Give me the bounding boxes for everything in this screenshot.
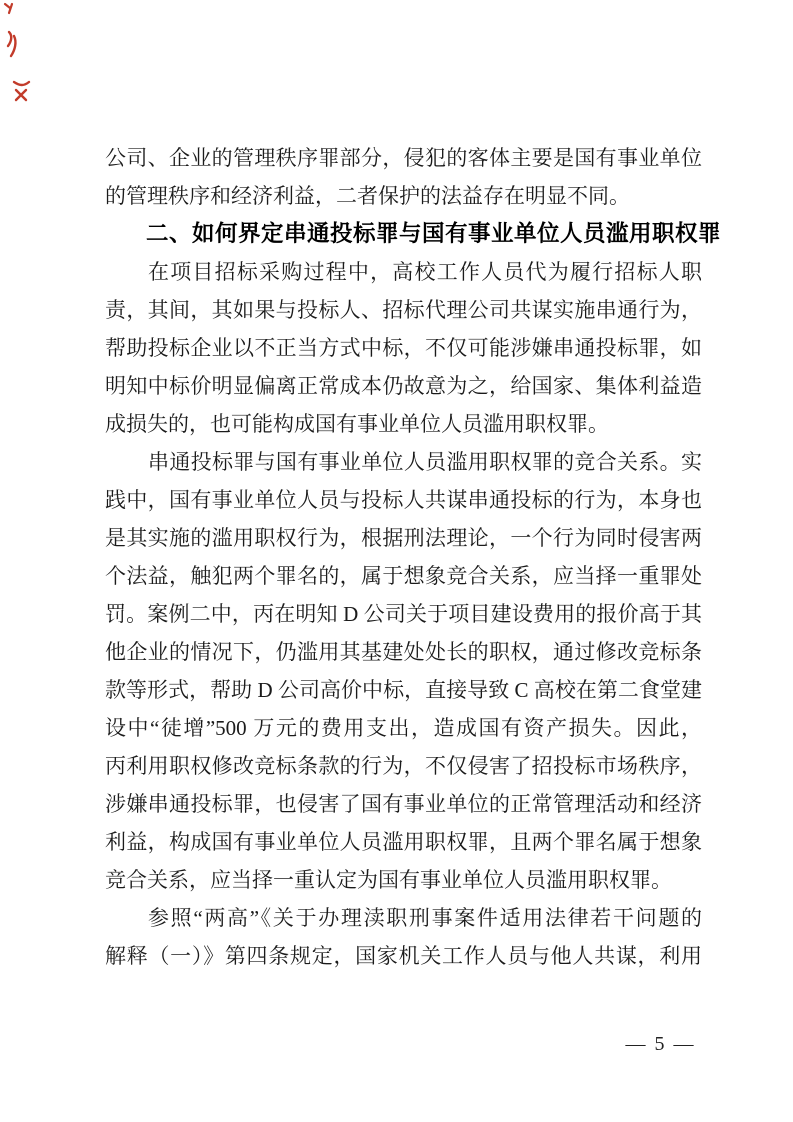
text-line: 参照“两高”《关于办理渎职刑事案件适用法律若干问题的 bbox=[105, 899, 702, 937]
text-line: 他企业的情况下，仍滥用其基建处处长的职权，通过修改竞标条 bbox=[105, 633, 702, 671]
text-line: 利益，构成国有事业单位人员滥用职权罪，且两个罪名属于想象 bbox=[105, 823, 702, 861]
text-line: 竞合关系，应当择一重认定为国有事业单位人员滥用职权罪。 bbox=[105, 861, 702, 899]
text-line: 责，其间，其如果与投标人、招标代理公司共谋实施串通行为， bbox=[105, 291, 702, 329]
text-line: 践中，国有事业单位人员与投标人共谋串通投标的行为，本身也 bbox=[105, 481, 702, 519]
text-line: 解释（一）》第四条规定，国家机关工作人员与他人共谋，利用 bbox=[105, 937, 702, 975]
text-line: 是其实施的滥用职权行为，根据刑法理论，一个行为同时侵害两 bbox=[105, 519, 702, 557]
text-line: 罚。案例二中，丙在明知 D 公司关于项目建设费用的报价高于其 bbox=[105, 595, 702, 633]
text-line: 的管理秩序和经济利益，二者保护的法益存在明显不同。 bbox=[105, 177, 702, 215]
text-line: 成损失的，也可能构成国有事业单位人员滥用职权罪。 bbox=[105, 405, 702, 443]
text-line: 款等形式，帮助 D 公司高价中标，直接导致 C 高校在第二食堂建 bbox=[105, 671, 702, 709]
red-ink-marks bbox=[0, 0, 40, 120]
text-line: 在项目招标采购过程中，高校工作人员代为履行招标人职 bbox=[105, 253, 702, 291]
section-heading: 二、如何界定串通投标罪与国有事业单位人员滥用职权罪 bbox=[105, 215, 702, 253]
text-line: 个法益，触犯两个罪名的，属于想象竞合关系，应当择一重罪处 bbox=[105, 557, 702, 595]
text-line: 设中“徒增”500 万元的费用支出，造成国有资产损失。因此， bbox=[105, 709, 702, 747]
text-line: 涉嫌串通投标罪，也侵害了国有事业单位的正常管理活动和经济 bbox=[105, 785, 702, 823]
red-ink-mark-icon bbox=[3, 2, 16, 20]
red-ink-mark-icon bbox=[5, 30, 19, 63]
text-line: 帮助投标企业以不正当方式中标，不仅可能涉嫌串通投标罪，如 bbox=[105, 329, 702, 367]
text-line: 串通投标罪与国有事业单位人员滥用职权罪的竞合关系。实 bbox=[105, 443, 702, 481]
text-line: 丙利用职权修改竞标条款的行为，不仅侵害了招投标市场秩序， bbox=[105, 747, 702, 785]
red-ink-mark-icon bbox=[11, 78, 31, 109]
document-body: 公司、企业的管理秩序罪部分，侵犯的客体主要是国有事业单位 的管理秩序和经济利益，… bbox=[105, 139, 702, 975]
document-page: 公司、企业的管理秩序罪部分，侵犯的客体主要是国有事业单位 的管理秩序和经济利益，… bbox=[0, 0, 793, 1122]
page-number: — 5 — bbox=[598, 1033, 723, 1056]
text-line: 明知中标价明显偏离正常成本仍故意为之，给国家、集体利益造 bbox=[105, 367, 702, 405]
text-line: 公司、企业的管理秩序罪部分，侵犯的客体主要是国有事业单位 bbox=[105, 139, 702, 177]
